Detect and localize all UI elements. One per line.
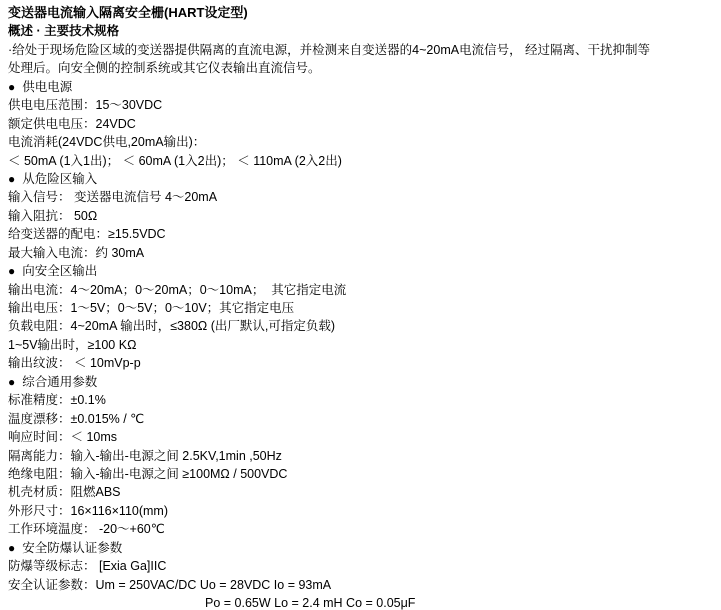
spec-line: 绝缘电阻：输入-输出-电源之间 ≥100MΩ / 500VDC [8,465,715,483]
spec-line: 温度漂移：±0.015% / ℃ [8,410,715,428]
spec-line: 输出电流：4～20mA；0～20mA；0～10mA； 其它指定电流 [8,281,715,299]
spec-line: 防爆等级标志： [Exia Ga]IIC [8,557,715,575]
spec-line: 响应时间：＜ 10ms [8,428,715,446]
spec-line: 输入阻抗： 50Ω [8,207,715,225]
spec-line: ＜ 50mA (1入1出)； ＜ 60mA (1入2出)； ＜ 110mA (2… [8,152,715,170]
spec-line: 1~5V输出时，≥100 KΩ [8,336,715,354]
spec-line: 机壳材质：阻燃ABS [8,483,715,501]
bullet-icon: ● [8,262,15,280]
spec-line: 最大输入电流：约 30mA [8,244,715,262]
section-heading-label: 向安全区输出 [22,264,97,278]
section-heading-general-params: ●综合通用参数 [8,373,715,391]
bullet-icon: ● [8,539,15,557]
spec-line: 外形尺寸：16×116×110(mm) [8,502,715,520]
spec-document: 变送器电流输入隔离安全栅(HART设定型) 概述 · 主要技术规格 ·给处于现场… [0,0,721,610]
bullet-icon: ● [8,373,15,391]
spec-line: 额定供电电压：24VDC [8,115,715,133]
section-heading-ex-certification: ●安全防爆认证参数 [8,539,715,557]
intro-line-1: ·给处于现场危险区域的变送器提供隔离的直流电源，并检测来自变送器的4~20mA电… [8,41,715,59]
spec-line: 负载电阻：4~20mA 输出时，≤380Ω (出厂默认,可指定负载) [8,317,715,335]
bullet-icon: ● [8,170,15,188]
section-heading-power-supply: ●供电电源 [8,78,715,96]
intro-line-2: 处理后。向安全侧的控制系统或其它仪表输出直流信号。 [8,59,715,77]
spec-line: 给变送器的配电：≥15.5VDC [8,225,715,243]
spec-line: 电流消耗(24VDC供电,20mA输出)： [8,133,715,151]
spec-line: 隔离能力：输入-输出-电源之间 2.5KV,1min ,50Hz [8,447,715,465]
doc-subtitle: 概述 · 主要技术规格 [8,22,715,40]
spec-line: 供电电压范围：15～30VDC [8,96,715,114]
section-heading-label: 供电电源 [22,80,72,94]
spec-line: 标准精度：±0.1% [8,391,715,409]
spec-line: 工作环境温度： -20～+60℃ [8,520,715,538]
section-heading-hazard-input: ●从危险区输入 [8,170,715,188]
spec-line: 输出纹波： ＜ 10mVp-p [8,354,715,372]
section-heading-label: 综合通用参数 [22,375,97,389]
spec-line-continuation: Po = 0.65W Lo = 2.4 mH Co = 0.05μF [8,594,715,610]
section-heading-label: 安全防爆认证参数 [22,541,122,555]
section-heading-safe-output: ●向安全区输出 [8,262,715,280]
spec-line: 输出电压：1～5V；0～5V；0～10V；其它指定电压 [8,299,715,317]
spec-line: 安全认证参数：Um = 250VAC/DC Uo = 28VDC Io = 93… [8,576,715,594]
bullet-icon: ● [8,78,15,96]
doc-title: 变送器电流输入隔离安全栅(HART设定型) [8,4,715,22]
section-heading-label: 从危险区输入 [22,172,97,186]
spec-line: 输入信号： 变送器电流信号 4～20mA [8,188,715,206]
